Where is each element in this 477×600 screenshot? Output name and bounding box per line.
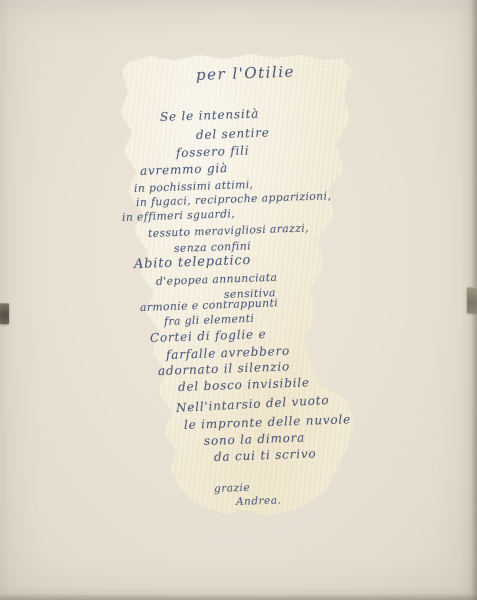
photo-edge-shadow-bottom [0,594,477,600]
artwork-photo: per l'Otilie Se le intensità del sentire… [0,0,477,600]
torn-paper-fragment [118,52,358,520]
mounting-clip-right [467,287,477,313]
mounting-clip-left [0,303,9,324]
